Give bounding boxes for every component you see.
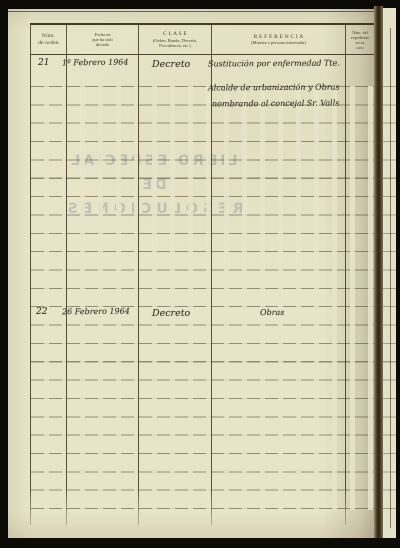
column-line-num-fecha [66, 55, 67, 525]
entry1-referencia-line3: nombrando al concejal Sr. Valls [212, 99, 339, 109]
header-referencia-subtitle: (Materia o persona interesada) [251, 40, 306, 45]
header-cell-referencia: R E F E R E N C I A (Materia o persona i… [212, 25, 346, 54]
book-gutter [374, 6, 383, 538]
header-cell-fecha: Fecha en que ha sido dictado [67, 25, 139, 54]
page-top-edge-line [8, 11, 374, 12]
column-line-fecha-clase [138, 55, 139, 525]
ruled-lines [31, 86, 374, 510]
paper-page: LIBRO ESPECIAL DE RESOLUCIONES Núm. de o… [8, 9, 374, 538]
entry1-referencia-line1: Sustitución por enfermedad Tte. [208, 59, 340, 69]
entry2-clase: Decreto [152, 308, 190, 319]
adjacent-page-column-line [390, 28, 391, 528]
header-expediente-label: Núm. del expediente en su caso [351, 30, 369, 50]
adjacent-page-edge [383, 8, 396, 538]
scanned-register-page: { "watermark": { "line1": "LIBRO ESPECIA… [0, 0, 400, 548]
column-line-clase-referencia [211, 55, 212, 525]
entry1-fecha: 1º Febrero 1964 [62, 58, 129, 68]
entry2-fecha: 26 Febrero 1964 [62, 307, 130, 317]
table-header-row: Núm. de orden Fecha en que ha sido dicta… [30, 23, 375, 55]
entry2-num: 22 [36, 307, 47, 317]
entry1-clase: Decreto [152, 59, 190, 70]
entry1-referencia-line2: Alcalde de urbanización y Obras [208, 83, 340, 93]
header-clase-subtitle: (Orden, Bando, Decreto, Providencia, etc… [153, 38, 197, 48]
column-line-referencia-expediente [345, 55, 346, 525]
column-line-left [30, 55, 31, 525]
entry2-referencia-line1: Obras [260, 308, 284, 317]
header-cell-clase: C L A S E (Orden, Bando, Decreto, Provid… [139, 25, 212, 54]
header-cell-num: Núm. de orden [31, 25, 67, 54]
register-table: Núm. de orden Fecha en que ha sido dicta… [30, 23, 375, 523]
header-cell-expediente: Núm. del expediente en su caso [346, 25, 375, 54]
entry1-num: 21 [38, 58, 49, 68]
header-num-label: Núm. de orden [38, 33, 59, 46]
header-fecha-label: Fecha en que ha sido dictado [92, 32, 113, 48]
